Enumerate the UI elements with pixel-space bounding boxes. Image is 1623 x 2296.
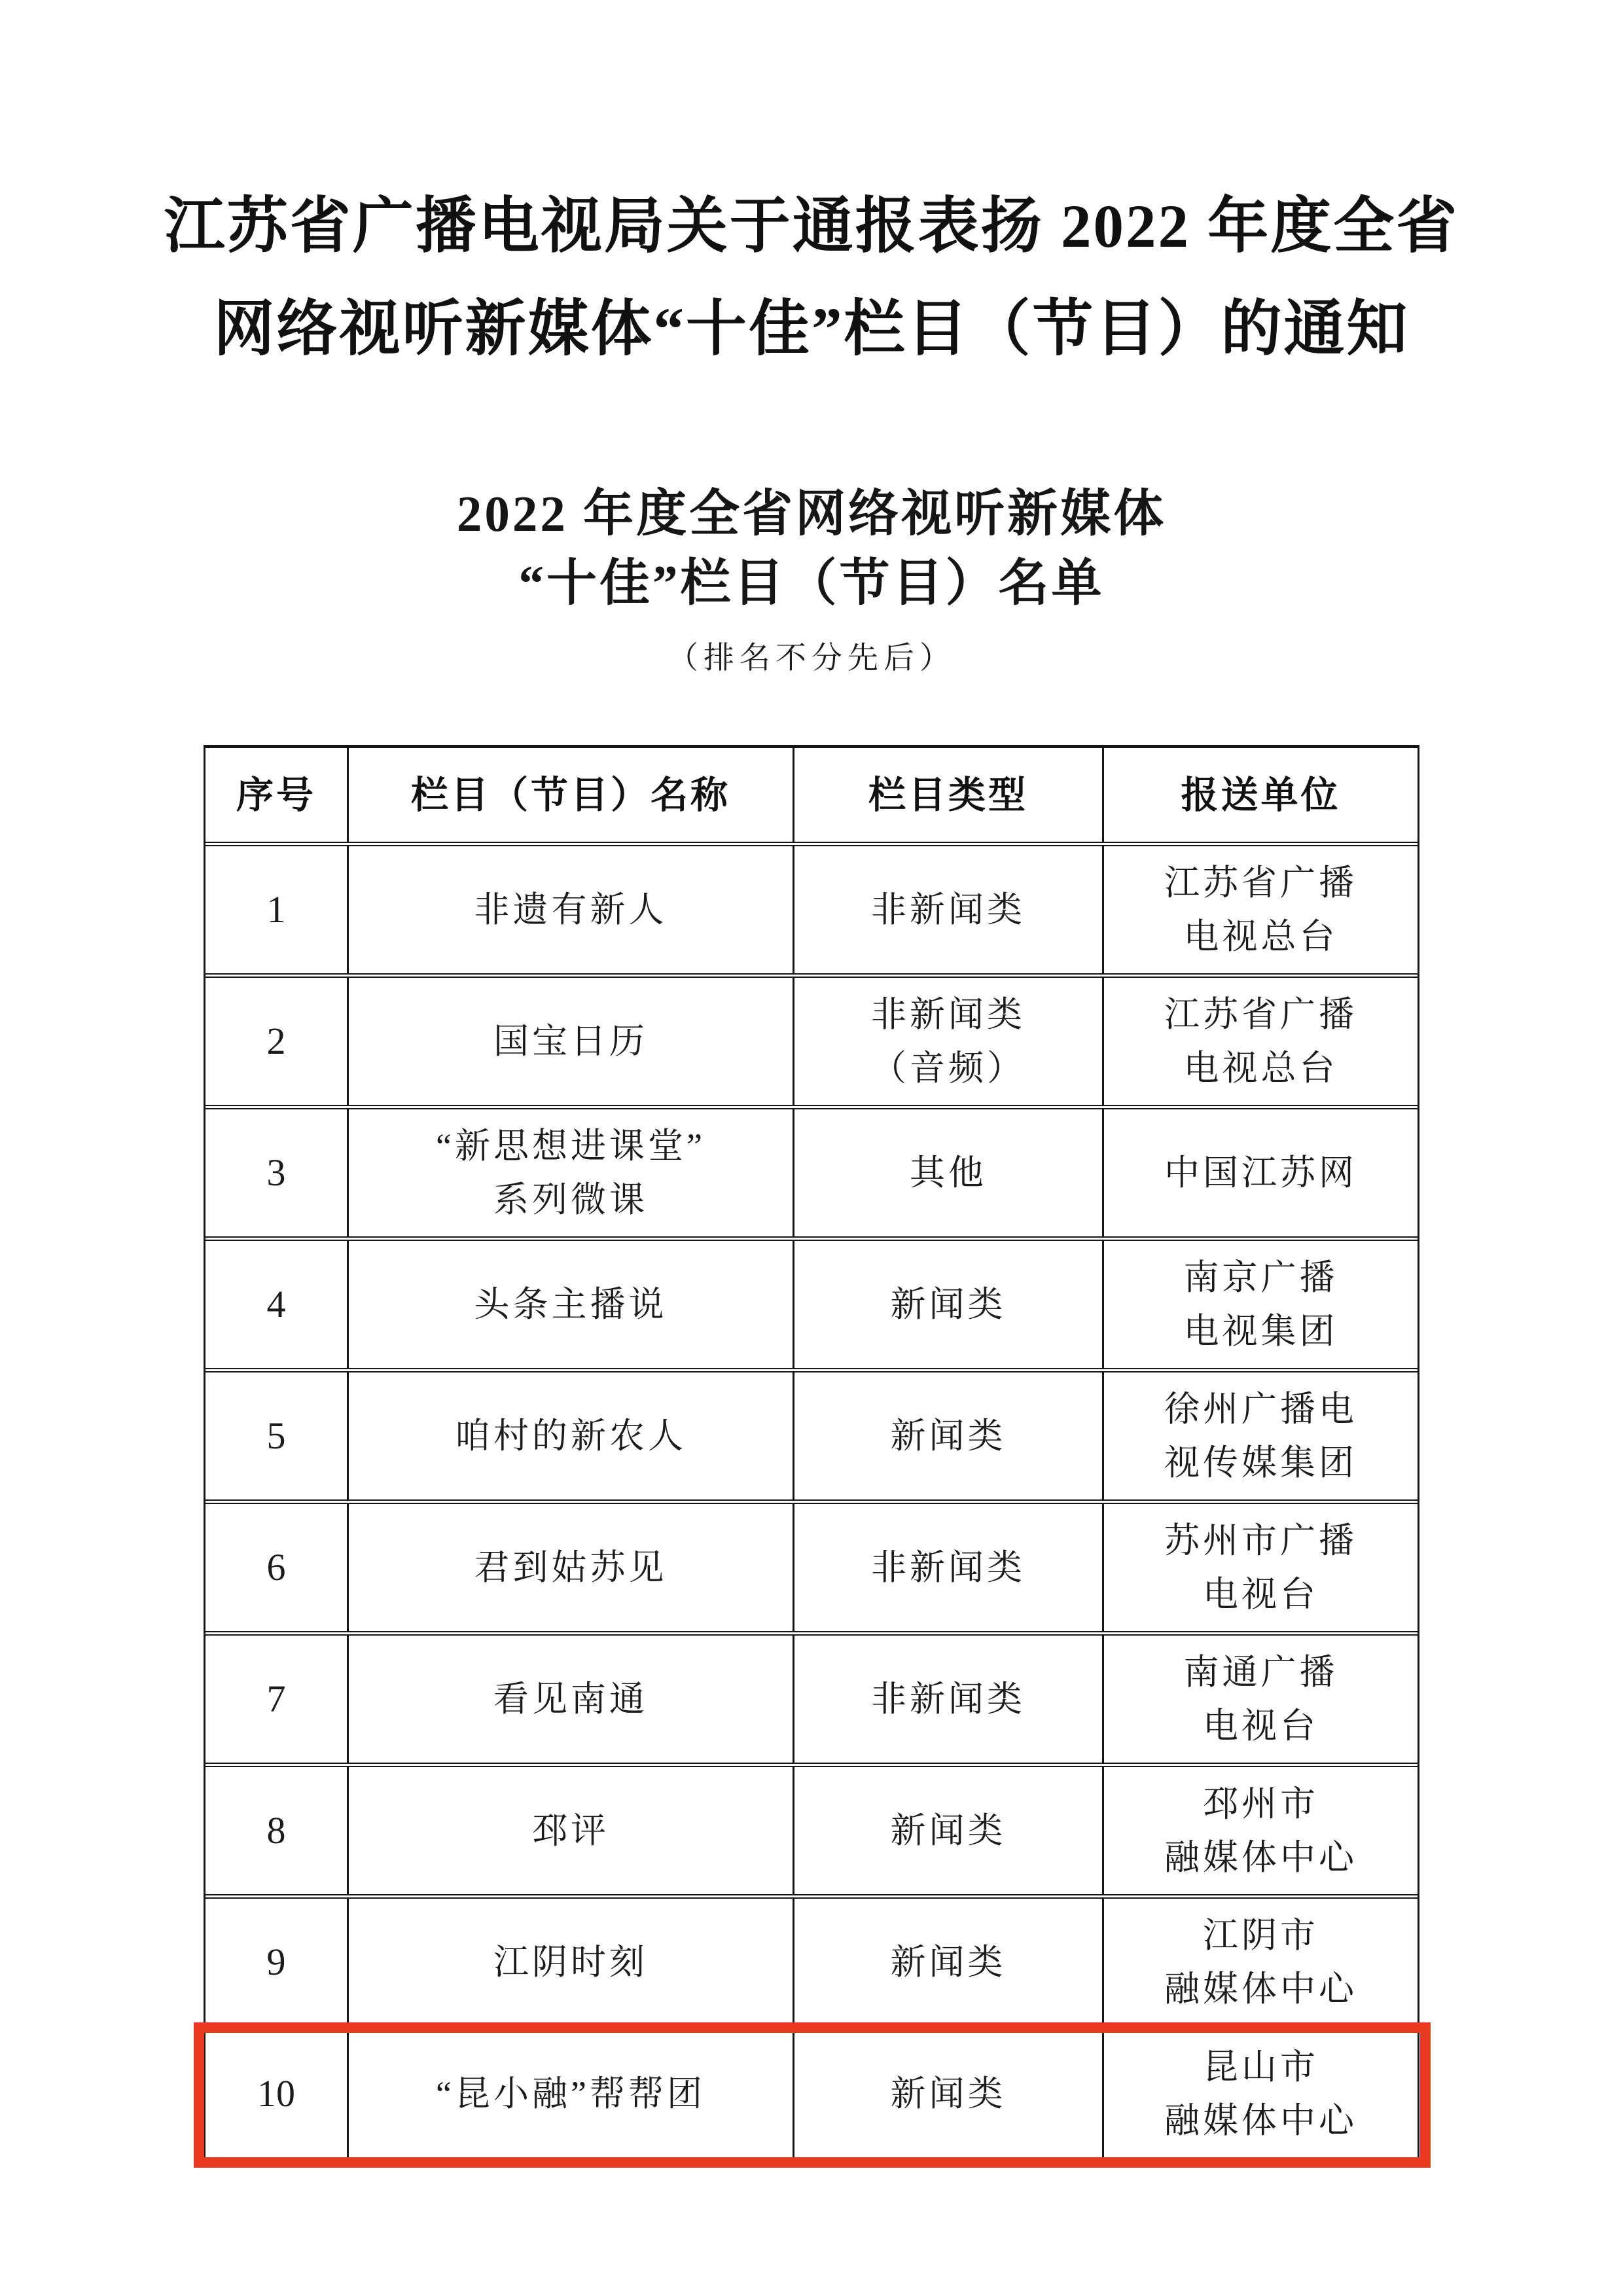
cell-index-line: 9 (267, 1935, 286, 1989)
cell-program-type-line: 其他 (910, 1146, 987, 1200)
cell-submitting-unit-line: 江苏省广播 (1164, 856, 1357, 910)
cell-program-name: “新思想进课堂”系列微课 (347, 1109, 793, 1236)
cell-program-type: 新闻类 (793, 1372, 1102, 1499)
document-title-line2: 网络视听新媒体“十佳”栏目（节目）的通知 (46, 278, 1577, 381)
header-col-program-name: 栏目（节目）名称 (347, 748, 793, 842)
list-title-line1: 2022 年度全省网络视听新媒体 (79, 479, 1544, 548)
table-body: 1非遗有新人非新闻类江苏省广播电视总台2国宝日历非新闻类（音频）江苏省广播电视总… (205, 846, 1418, 2157)
cell-program-name: 国宝日历 (347, 978, 793, 1105)
cell-index: 1 (205, 846, 347, 973)
cell-submitting-unit-line: 融媒体中心 (1164, 1962, 1357, 2016)
cell-submitting-unit-line: 南通广播 (1184, 1645, 1338, 1699)
cell-index-line: 10 (257, 2067, 295, 2121)
cell-submitting-unit-line: 苏州市广播 (1164, 1514, 1357, 1568)
cell-submitting-unit-line: 电视总台 (1184, 910, 1338, 963)
cell-index: 4 (205, 1241, 347, 1368)
cell-submitting-unit-line: 中国江苏网 (1164, 1146, 1357, 1200)
table-header-row: 序号 栏目（节目）名称 栏目类型 报送单位 (205, 748, 1418, 846)
cell-program-name: 江阴时刻 (347, 1899, 793, 2026)
ranking-note: （排名不分先后） (0, 637, 1623, 679)
cell-submitting-unit-line: 江苏省广播 (1164, 988, 1357, 1041)
cell-program-type: 非新闻类 (793, 846, 1102, 973)
cell-program-name: “昆小融”帮帮团 (347, 2030, 793, 2157)
cell-submitting-unit: 中国江苏网 (1102, 1109, 1418, 1236)
cell-program-name-line: “昆小融”帮帮团 (436, 2067, 705, 2121)
cell-submitting-unit-line: 徐州广播电 (1164, 1382, 1357, 1436)
cell-program-type-line: 新闻类 (891, 1409, 1007, 1463)
cell-program-type: 非新闻类 (793, 1636, 1102, 1763)
table-row: 7看见南通非新闻类南通广播电视台 (205, 1636, 1418, 1767)
cell-program-type: 新闻类 (793, 1899, 1102, 2026)
cell-submitting-unit-line: 视传媒集团 (1164, 1436, 1357, 1490)
table-row: 10“昆小融”帮帮团新闻类昆山市融媒体中心 (205, 2030, 1418, 2157)
cell-program-name-line: 国宝日历 (493, 1014, 648, 1068)
cell-submitting-unit-line: 南京广播 (1184, 1251, 1338, 1304)
cell-program-name: 非遗有新人 (347, 846, 793, 973)
cell-submitting-unit-line: 融媒体中心 (1164, 1831, 1357, 1884)
cell-program-type-line: （音频） (871, 1041, 1026, 1095)
cell-program-type: 新闻类 (793, 1241, 1102, 1368)
cell-index: 3 (205, 1109, 347, 1236)
cell-program-name-line: 江阴时刻 (493, 1935, 648, 1989)
list-title: 2022 年度全省网络视听新媒体 “十佳”栏目（节目）名单 (79, 479, 1544, 618)
table-row: 5咱村的新农人新闻类徐州广播电视传媒集团 (205, 1372, 1418, 1504)
cell-program-type-line: 非新闻类 (871, 1541, 1026, 1594)
cell-program-type-line: 新闻类 (891, 2067, 1007, 2121)
cell-submitting-unit: 南京广播电视集团 (1102, 1241, 1418, 1368)
cell-program-type: 非新闻类（音频） (793, 978, 1102, 1105)
table-row: 1非遗有新人非新闻类江苏省广播电视总台 (205, 846, 1418, 978)
cell-program-type-line: 新闻类 (891, 1804, 1007, 1857)
cell-program-type-line: 非新闻类 (871, 1672, 1026, 1726)
cell-index-line: 3 (267, 1146, 286, 1200)
table-row: 6君到姑苏见非新闻类苏州市广播电视台 (205, 1504, 1418, 1636)
cell-submitting-unit: 昆山市融媒体中心 (1102, 2030, 1418, 2157)
cell-index: 10 (205, 2030, 347, 2157)
cell-program-type: 新闻类 (793, 2030, 1102, 2157)
cell-index-line: 2 (267, 1014, 286, 1068)
cell-program-name-line: 系列微课 (493, 1173, 648, 1227)
table-row: 9江阴时刻新闻类江阴市融媒体中心 (205, 1899, 1418, 2030)
table-row: 3“新思想进课堂”系列微课其他中国江苏网 (205, 1109, 1418, 1241)
cell-submitting-unit: 苏州市广播电视台 (1102, 1504, 1418, 1631)
cell-submitting-unit-line: 江阴市 (1203, 1909, 1319, 1962)
cell-program-name-line: 君到姑苏见 (474, 1541, 668, 1594)
cell-submitting-unit-line: 邳州市 (1203, 1777, 1319, 1831)
cell-program-name-line: 咱村的新农人 (455, 1409, 687, 1463)
cell-program-type-line: 非新闻类 (871, 883, 1026, 937)
cell-index: 2 (205, 978, 347, 1105)
cell-program-name: 君到姑苏见 (347, 1504, 793, 1631)
cell-index-line: 7 (267, 1672, 286, 1726)
list-title-line2: “十佳”栏目（节目）名单 (79, 548, 1544, 618)
table-row: 4头条主播说新闻类南京广播电视集团 (205, 1241, 1418, 1372)
cell-program-type-line: 新闻类 (891, 1278, 1007, 1331)
cell-program-type-line: 非新闻类 (871, 988, 1026, 1041)
cell-submitting-unit: 南通广播电视台 (1102, 1636, 1418, 1763)
cell-index-line: 1 (267, 883, 286, 937)
cell-program-name: 看见南通 (347, 1636, 793, 1763)
cell-index: 5 (205, 1372, 347, 1499)
cell-submitting-unit-line: 融媒体中心 (1164, 2094, 1357, 2147)
cell-index: 9 (205, 1899, 347, 2026)
cell-index-line: 4 (267, 1278, 286, 1331)
header-col-program-type: 栏目类型 (793, 748, 1102, 842)
cell-program-name-line: 邳评 (532, 1804, 609, 1857)
table-row: 8邳评新闻类邳州市融媒体中心 (205, 1767, 1418, 1899)
cell-submitting-unit-line: 电视台 (1203, 1699, 1319, 1753)
awards-table: 序号 栏目（节目）名称 栏目类型 报送单位 1非遗有新人非新闻类江苏省广播电视总… (204, 745, 1419, 2162)
document-title-line1: 江苏省广播电视局关于通报表扬 2022 年度全省 (46, 175, 1577, 278)
cell-submitting-unit: 徐州广播电视传媒集团 (1102, 1372, 1418, 1499)
cell-index: 8 (205, 1767, 347, 1894)
cell-submitting-unit: 江阴市融媒体中心 (1102, 1899, 1418, 2026)
cell-program-name-line: 看见南通 (493, 1672, 648, 1726)
cell-program-name: 咱村的新农人 (347, 1372, 793, 1499)
cell-program-name-line: 头条主播说 (474, 1278, 668, 1331)
cell-index-line: 6 (267, 1541, 286, 1594)
cell-index: 6 (205, 1504, 347, 1631)
document-page: 江苏省广播电视局关于通报表扬 2022 年度全省 网络视听新媒体“十佳”栏目（节… (0, 0, 1623, 2296)
cell-program-type: 新闻类 (793, 1767, 1102, 1894)
cell-program-type: 其他 (793, 1109, 1102, 1236)
cell-submitting-unit-line: 昆山市 (1203, 2040, 1319, 2094)
cell-submitting-unit-line: 电视台 (1203, 1568, 1319, 1621)
cell-program-type: 非新闻类 (793, 1504, 1102, 1631)
cell-submitting-unit-line: 电视集团 (1184, 1304, 1338, 1358)
cell-program-name: 头条主播说 (347, 1241, 793, 1368)
cell-index-line: 8 (267, 1804, 286, 1857)
cell-index: 7 (205, 1636, 347, 1763)
cell-submitting-unit: 江苏省广播电视总台 (1102, 846, 1418, 973)
cell-submitting-unit-line: 电视总台 (1184, 1041, 1338, 1095)
cell-program-name: 邳评 (347, 1767, 793, 1894)
header-col-submitting-unit: 报送单位 (1102, 748, 1418, 842)
cell-program-name-line: “新思想进课堂” (436, 1119, 705, 1173)
cell-program-type-line: 新闻类 (891, 1935, 1007, 1989)
cell-submitting-unit: 邳州市融媒体中心 (1102, 1767, 1418, 1894)
document-title: 江苏省广播电视局关于通报表扬 2022 年度全省 网络视听新媒体“十佳”栏目（节… (46, 175, 1577, 381)
table-row: 2国宝日历非新闻类（音频）江苏省广播电视总台 (205, 978, 1418, 1109)
cell-submitting-unit: 江苏省广播电视总台 (1102, 978, 1418, 1105)
cell-index-line: 5 (267, 1409, 286, 1463)
header-col-index: 序号 (205, 748, 347, 842)
cell-program-name-line: 非遗有新人 (474, 883, 668, 937)
